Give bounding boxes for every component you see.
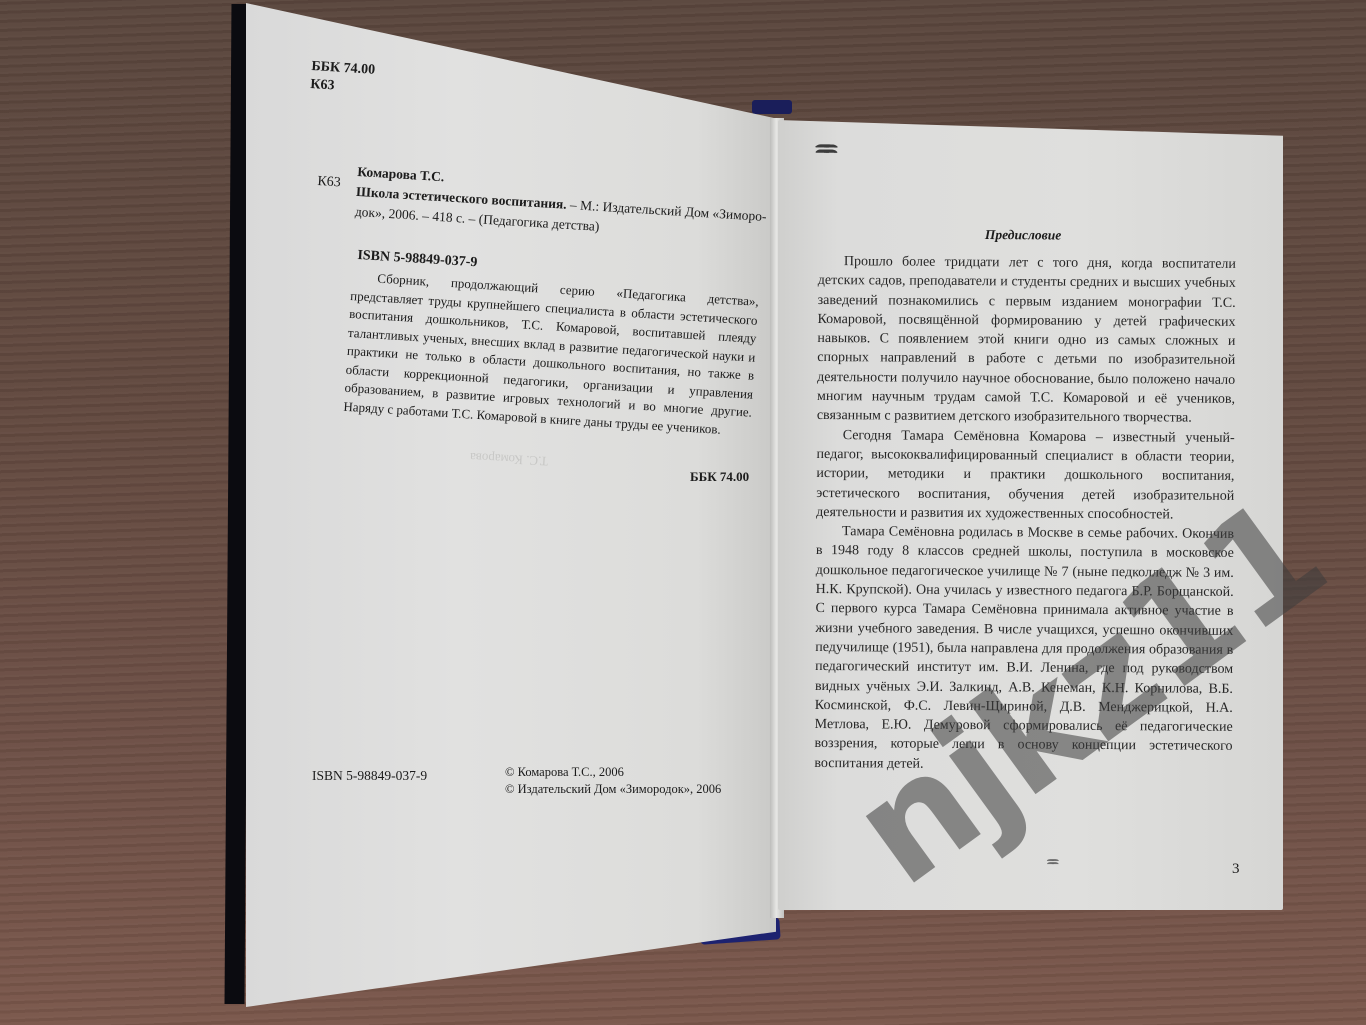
abstract-text: Сборник, продолжающий серию «Педагогика … bbox=[343, 268, 759, 441]
preface-paragraph: Сегодня Тамара Семёновна Комарова – изве… bbox=[816, 426, 1235, 525]
bbk-code-bottom: ББК 74.00 bbox=[690, 467, 749, 486]
isbn-bottom: ISBN 5-98849-037-9 bbox=[312, 766, 427, 785]
page-number: 3 bbox=[1232, 860, 1240, 879]
book-abstract: Сборник, продолжающий серию «Педагогика … bbox=[343, 268, 759, 441]
show-through-text: Т.С. Комарова bbox=[470, 448, 549, 471]
copyright-publisher: © Издательский Дом «Зимородок», 2006 bbox=[505, 781, 721, 798]
preface-body: Прошло более тридцати лет с того дня, ко… bbox=[814, 252, 1236, 776]
preface-paragraph: Тамара Семёновна родилась в Москве в сем… bbox=[814, 522, 1234, 776]
preface-heading: Предисловие bbox=[985, 225, 1061, 245]
preface-paragraph: Прошло более тридцати лет с того дня, ко… bbox=[817, 252, 1236, 429]
bbk-code-top: ББК 74.00 К63 bbox=[310, 58, 376, 98]
copyright-block: © Комарова Т.С., 2006 © Издательский Дом… bbox=[505, 764, 721, 798]
spiral-ornament-icon: ꩰꩰꩰꩰꩰꩰꩰꩰꩰꩰꩰꩰꩰ bbox=[828, 150, 1228, 172]
copyright-author: © Комарова Т.С., 2006 bbox=[505, 764, 721, 781]
author-mark-index: К63 bbox=[317, 172, 341, 192]
book-spine-top bbox=[752, 100, 792, 114]
left-page bbox=[246, 3, 776, 1007]
